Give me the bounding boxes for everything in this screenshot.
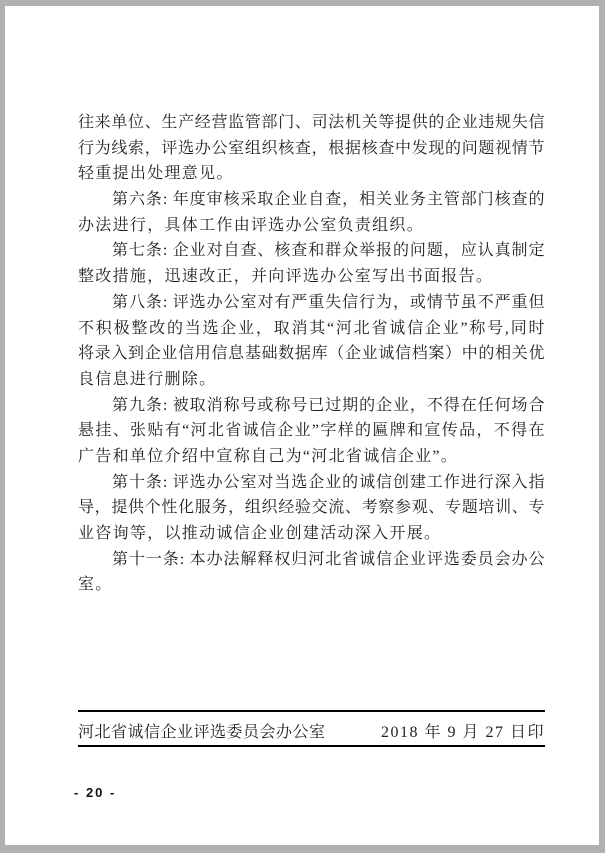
- text-line: 良信息进行删除。: [78, 367, 545, 393]
- text-line: 业咨询等，以推动诚信企业创建活动深入开展。: [78, 521, 545, 547]
- document-page: 往来单位、生产经营监管部门、司法机关等提供的企业违规失信行为线索，评选办公室组织…: [5, 6, 599, 845]
- text-line: 轻重提出处理意见。: [78, 161, 545, 187]
- text-line: 悬挂、张贴有“河北省诚信企业”字样的匾牌和宣传品，不得在: [78, 418, 545, 444]
- scanned-page-background: 往来单位、生产经营监管部门、司法机关等提供的企业违规失信行为线索，评选办公室组织…: [0, 0, 605, 853]
- footer-print-date: 2018 年 9 月 27 日印: [381, 719, 545, 742]
- text-line: 整改措施，迅速改正，并向评选办公室写出书面报告。: [78, 264, 545, 290]
- text-line: 行为线索，评选办公室组织核查，根据核查中发现的问题视情节: [78, 136, 545, 162]
- text-line: 导，提供个性化服务，组织经验交流、考察参观、专题培训、专: [78, 495, 545, 521]
- document-body: 往来单位、生产经营监管部门、司法机关等提供的企业违规失信行为线索，评选办公室组织…: [78, 110, 545, 598]
- text-line: 室。: [78, 572, 545, 598]
- footer-issuer: 河北省诚信企业评选委员会办公室: [78, 719, 326, 742]
- text-line: 广告和单位介绍中宣称自己为“河北省诚信企业”。: [78, 444, 545, 470]
- text-line: 往来单位、生产经营监管部门、司法机关等提供的企业违规失信: [78, 110, 545, 136]
- document-footer: 河北省诚信企业评选委员会办公室 2018 年 9 月 27 日印: [78, 710, 545, 747]
- text-line: 不积极整改的当选企业，取消其“河北省诚信企业”称号,同时: [78, 316, 545, 342]
- text-line: 第八条: 评选办公室对有严重失信行为，或情节虽不严重但: [78, 290, 545, 316]
- text-line: 第九条: 被取消称号或称号已过期的企业，不得在任何场合: [78, 393, 545, 419]
- text-line: 办法进行，具体工作由评选办公室负责组织。: [78, 213, 545, 239]
- text-line: 第六条: 年度审核采取企业自查，相关业务主管部门核查的: [78, 187, 545, 213]
- footer-row: 河北省诚信企业评选委员会办公室 2018 年 9 月 27 日印: [78, 712, 545, 745]
- text-line: 第七条: 企业对自查、核查和群众举报的问题，应认真制定: [78, 238, 545, 264]
- page-number: - 20 -: [74, 785, 116, 800]
- text-line: 将录入到企业信用信息基础数据库（企业诚信档案）中的相关优: [78, 341, 545, 367]
- text-line: 第十条: 评选办公室对当选企业的诚信创建工作进行深入指: [78, 470, 545, 496]
- text-line: 第十一条: 本办法解释权归河北省诚信企业评选委员会办公: [78, 547, 545, 573]
